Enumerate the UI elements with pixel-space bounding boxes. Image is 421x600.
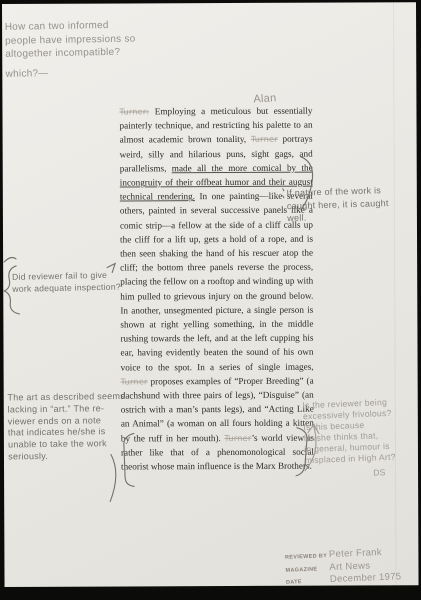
paper-sheet: How can two informed people have impress… bbox=[2, 2, 419, 587]
note-line: seriously. bbox=[8, 450, 126, 463]
artist-name-struck: Turner bbox=[251, 134, 278, 144]
artist-name-struck: Turner: bbox=[119, 106, 149, 116]
note-line: misplaced in High Art? bbox=[305, 452, 396, 467]
artist-name-struck: Turner bbox=[121, 376, 148, 386]
marginalia-top-left-question: How can two informed people have impress… bbox=[5, 19, 137, 81]
review-paragraph: Turner: Employing a meticulous but essen… bbox=[119, 104, 314, 474]
note-line: well. bbox=[287, 209, 389, 225]
review-stamp-block: REVIEWED BY Peter Frank MAGAZINE Art New… bbox=[285, 546, 402, 588]
marginalia-adequate-inspection: Did reviewer fail to give work adequate … bbox=[12, 270, 121, 295]
paper-crease bbox=[393, 2, 397, 585]
note-line: The art as described seems bbox=[7, 391, 125, 404]
inspection-note-tick-mark bbox=[4, 257, 16, 262]
annotator-initials: DS bbox=[305, 467, 396, 482]
stamp-value-reviewer: Peter Frank bbox=[329, 547, 382, 560]
stamp-label-magazine: MAGAZINE bbox=[285, 566, 329, 574]
note-line: which?— bbox=[6, 65, 137, 81]
marginalia-nature-of-work: If nature of the work is caught here, it… bbox=[286, 184, 389, 225]
note-line: work adequate inspection? bbox=[12, 281, 121, 295]
stamp-value-date: December 1975 bbox=[330, 571, 402, 585]
stamp-label-reviewed-by: REVIEWED BY bbox=[285, 553, 329, 561]
review-text-segment: In one painting—like several others, pai… bbox=[120, 191, 314, 372]
marginalia-frivolous-question: Is the reviewer being excessively frivol… bbox=[302, 397, 396, 482]
artist-name-struck: Turner bbox=[224, 433, 251, 443]
photographed-document: How can two informed people have impress… bbox=[0, 0, 421, 600]
stamp-value-magazine: Art News bbox=[329, 560, 370, 573]
marginalia-lacking-art: The art as described seems lacking in “a… bbox=[7, 391, 125, 463]
note-line: altogether incompatible? bbox=[5, 46, 136, 62]
stamp-label-date: DATE bbox=[286, 578, 330, 586]
